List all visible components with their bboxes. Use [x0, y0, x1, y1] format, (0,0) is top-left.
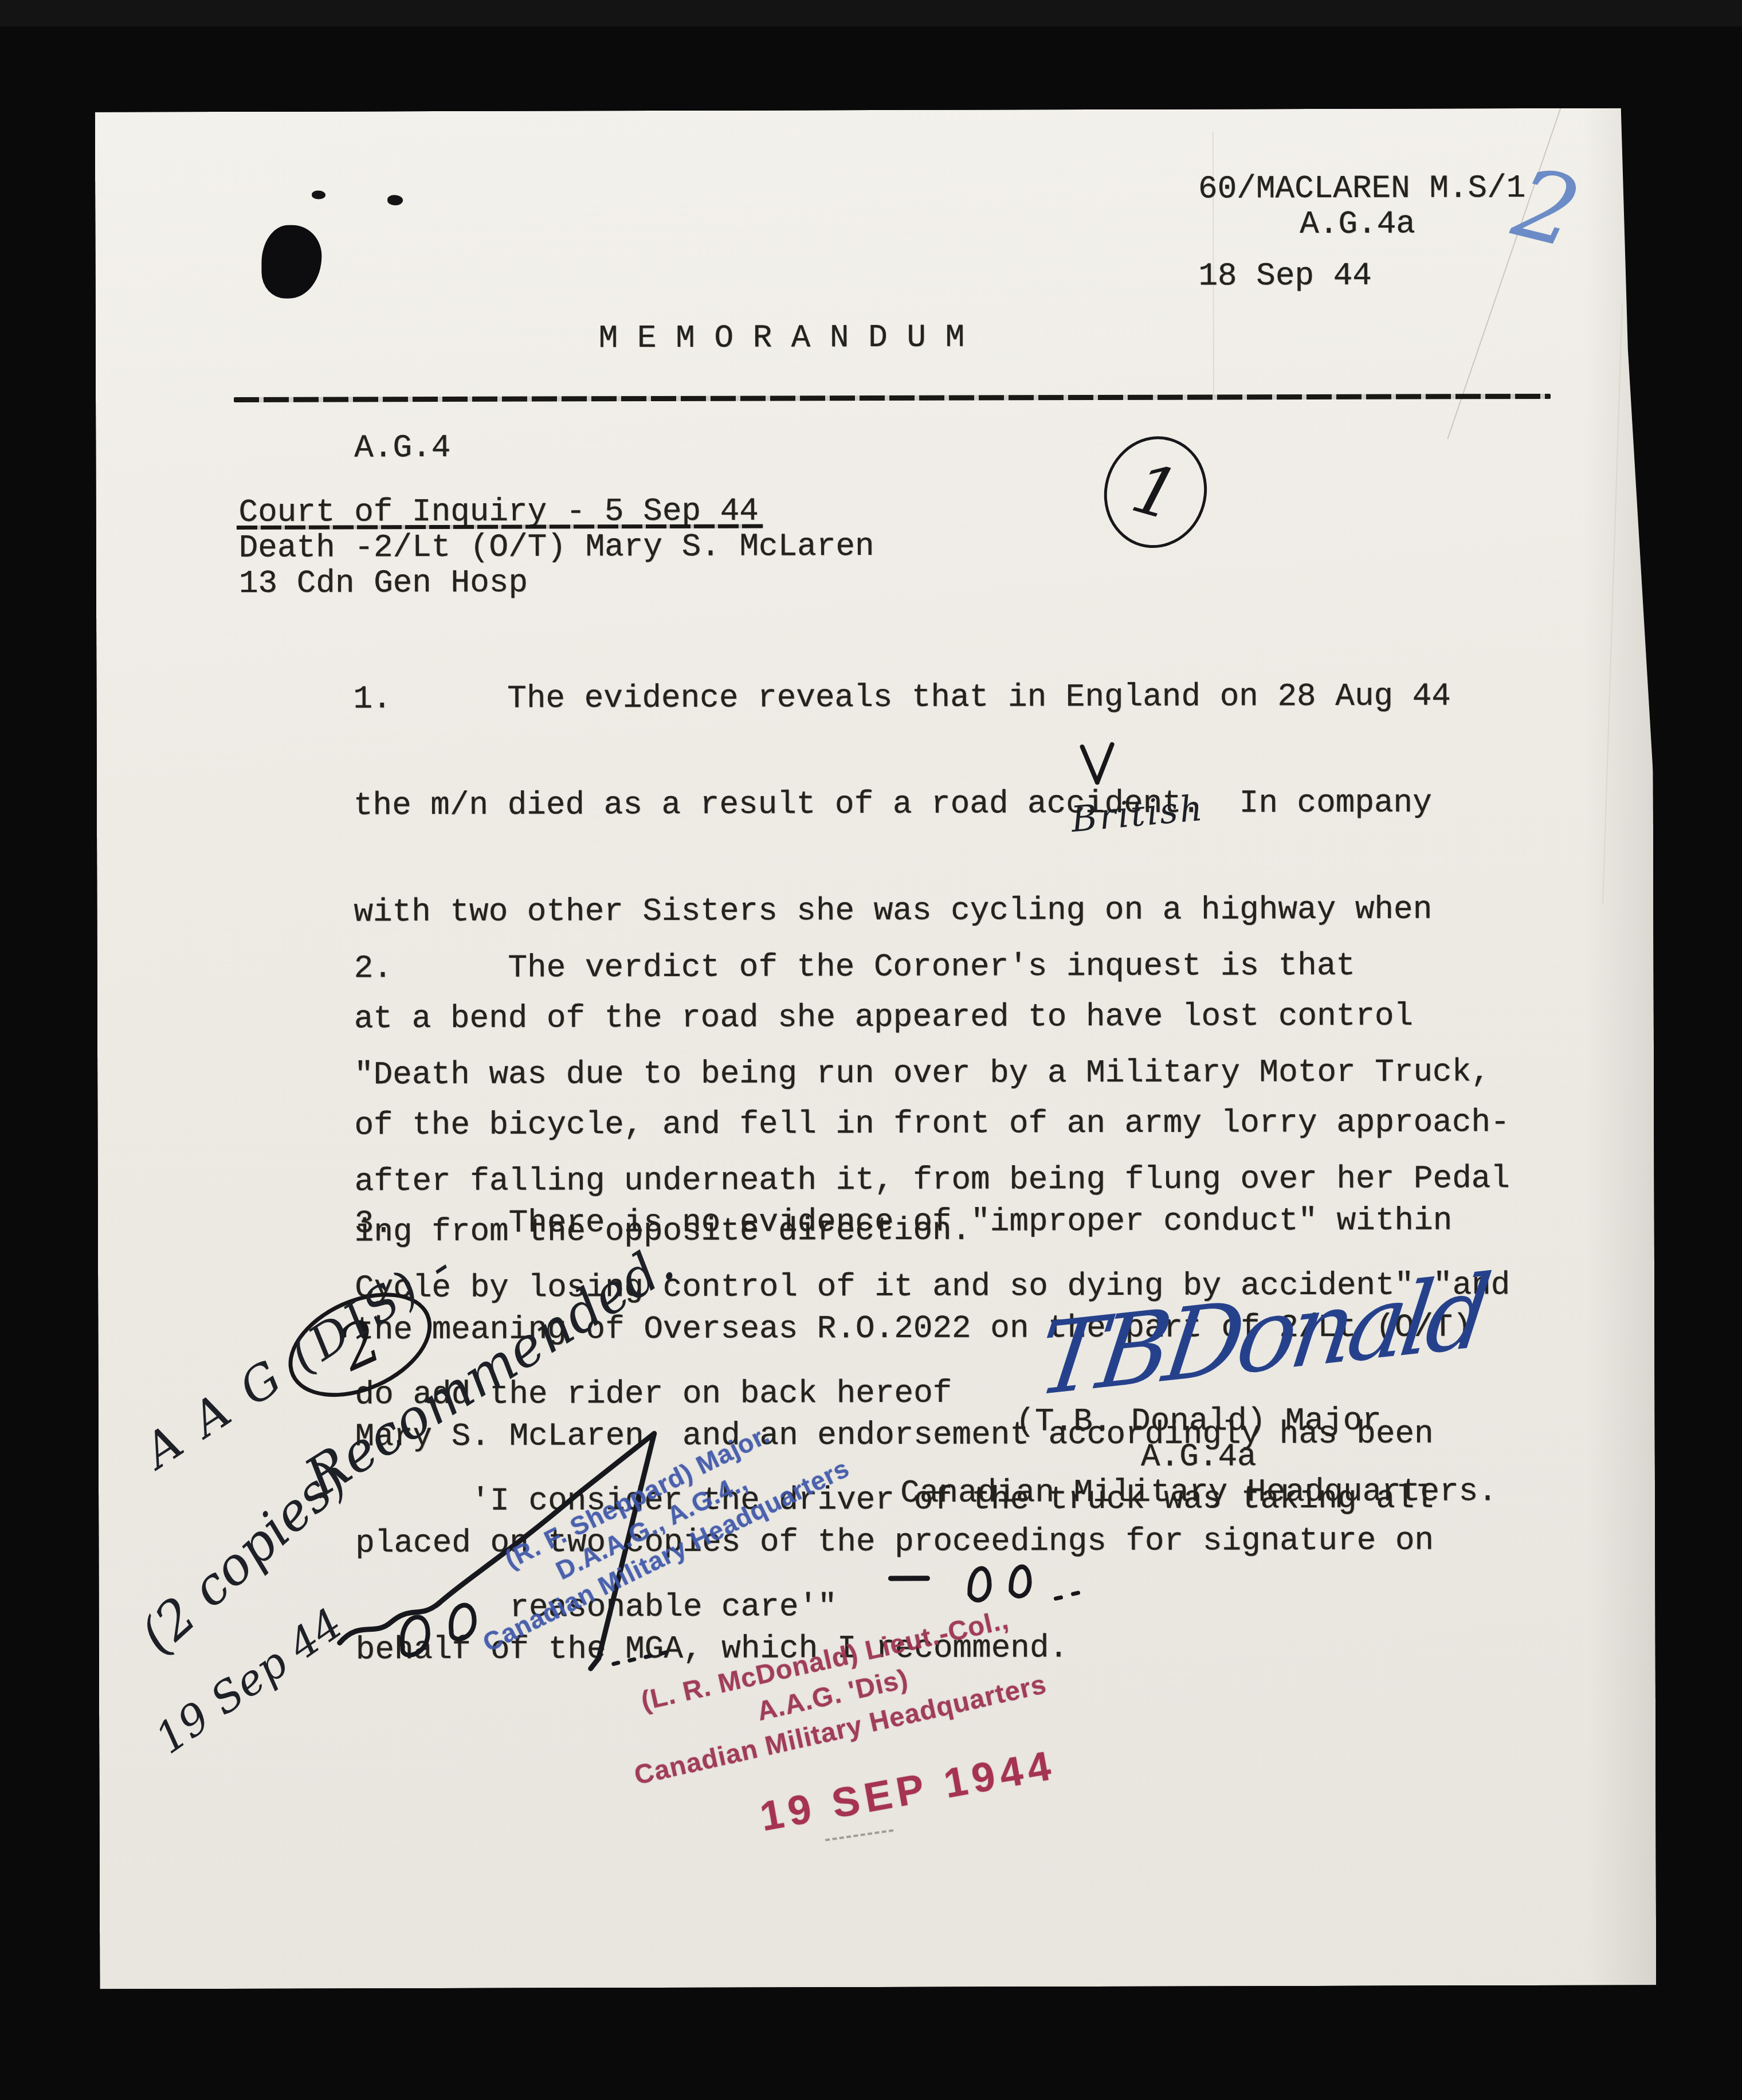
typed-line: the m/n died as a result of a road accid… — [354, 785, 1509, 823]
circled-paragraph-mark: 1 — [1091, 424, 1220, 560]
scan-background: 60/MACLAREN M.S/1 A.G.4a 18 Sep 44 2 M E… — [0, 0, 1742, 2100]
typed-line: 3. There is no evidence of "improper con… — [355, 1202, 1472, 1241]
pencil-dashes — [825, 1829, 893, 1842]
date-line: 18 Sep 44 — [1198, 258, 1372, 294]
scanner-edge-band — [0, 0, 1742, 26]
typed-line: 1. The evidence reveals that in England … — [353, 678, 1508, 716]
signature-block: (T.B. Donald) Major A.G.4a Canadian Mili… — [821, 1402, 1577, 1511]
signature-org-line: Canadian Military Headquarters. — [821, 1474, 1577, 1511]
blue-pencil-page-number: 2 — [1504, 146, 1590, 270]
handwritten-caret-icon — [1078, 745, 1116, 786]
signature-office-line: A.G.4a — [821, 1438, 1577, 1475]
typed-line: "Death was due to being run over by a Mi… — [354, 1054, 1509, 1092]
ink-speck — [387, 195, 403, 205]
memo-title: M E M O R A N D U M — [599, 320, 965, 356]
typed-line: 2. The verdict of the Coroner's inquest … — [354, 947, 1509, 986]
ink-blot — [261, 225, 321, 299]
horizontal-rule — [234, 394, 1551, 402]
ink-speck — [312, 191, 325, 199]
subject-line: Death -2/Lt (O/T) Mary S. McLaren — [239, 528, 874, 566]
memorandum-page: 60/MACLAREN M.S/1 A.G.4a 18 Sep 44 2 M E… — [95, 108, 1657, 1989]
file-reference: 60/MACLAREN M.S/1 — [1198, 170, 1525, 206]
section-ref: A.G.4 — [354, 430, 450, 465]
signature-name-line: (T.B. Donald) Major — [821, 1402, 1577, 1440]
subject-line: 13 Cdn Gen Hosp — [239, 565, 528, 601]
office-reference: A.G.4a — [1300, 206, 1415, 242]
